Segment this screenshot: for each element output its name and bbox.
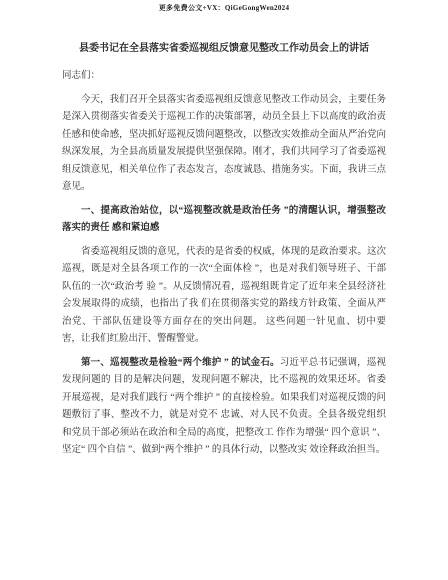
section-heading: 一、提高政治站位，以“巡视整改就是政治任务 ”的清醒认识，增强整改落实的责任 感… (62, 203, 386, 238)
intro-paragraph: 今天，我们召开全县落实省委巡视组反馈意见整改工作动员会，主要任务是深入贯彻落实省… (62, 92, 386, 197)
document-body: 同志们： 今天，我们召开全县落实省委巡视组反馈意见整改工作动员会，主要任务是深入… (0, 54, 448, 460)
section-paragraph: 省委巡视组反馈的意见，代表的是省委的权威，体现的是政治要求。这次巡视，既是对全县… (62, 244, 386, 349)
document-title: 县委书记在全县落实省委巡视组反馈意见整改工作动员会上的讲话 (0, 39, 448, 54)
section-paragraph: 第一、巡视整改是检验“两个维护 ” 的试金石。习近平总书记强调，巡视发现问题的 … (62, 355, 386, 460)
salutation: 同志们： (62, 68, 386, 86)
watermark-text: 更多免费公文+VX：QiGeGongWen2024 (0, 0, 448, 13)
paragraph-lead: 第一、巡视整改是检验“两个维护 ” 的试金石。 (81, 358, 280, 368)
document-page: 更多免费公文+VX：QiGeGongWen2024 县委书记在全县落实省委巡视组… (0, 0, 448, 580)
paragraph-text: 习近平总书记强调，巡视发现问题的 目的是解决问题，发现问题不解决，比不巡视的效果… (62, 358, 386, 456)
